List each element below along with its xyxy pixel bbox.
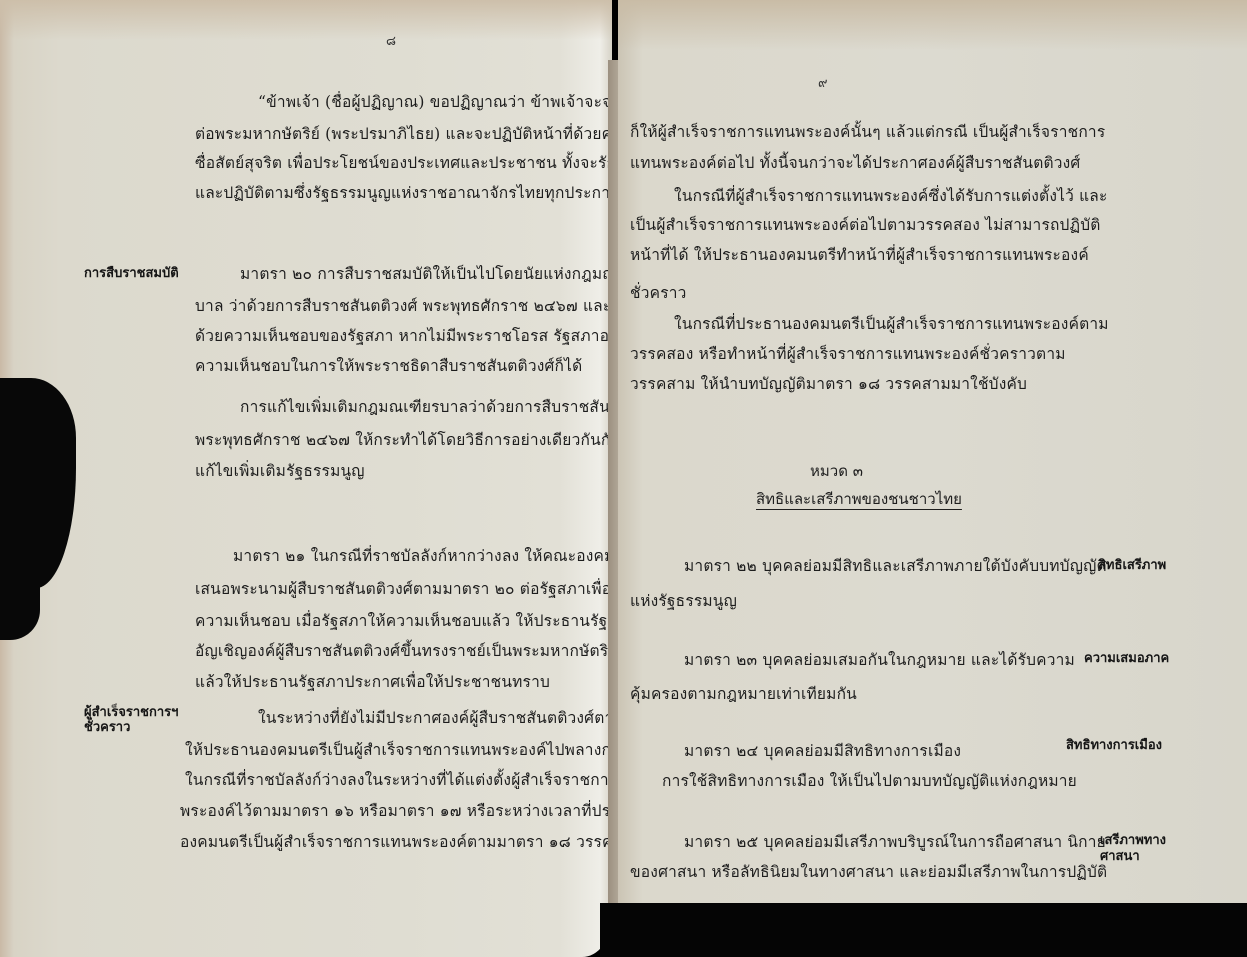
section-line: องคมนตรีเป็นผู้สำเร็จราชการแทนพระองค์ตาม… — [180, 832, 641, 852]
section-line: มาตรา ๒๒ บุคคลย่อมมีสิทธิและเสรีภาพภายใต… — [684, 556, 1107, 576]
section-line: เสนอพระนามผู้สืบราชสันตติวงศ์ตามมาตรา ๒๐… — [195, 579, 632, 599]
section-line: วรรคสอง หรือทำหน้าที่ผู้สำเร็จราชการแทนพ… — [630, 344, 1066, 364]
margin-note-religion: ศาสนา — [1100, 849, 1140, 865]
section-line: ในกรณีที่ผู้สำเร็จราชการแทนพระองค์ซึ่งได… — [674, 186, 1108, 206]
section-line: เป็นผู้สำเร็จราชการแทนพระองค์ต่อไปตามวรร… — [630, 215, 1101, 235]
section-line: มาตรา ๒๑ ในกรณีที่ราชบัลลังก์หากว่างลง ใ… — [233, 546, 644, 566]
oath-line: และปฏิบัติตามซึ่งรัฐธรรมนูญแห่งราชอาณาจั… — [195, 183, 627, 203]
margin-note-rights: สิทธิเสรีภาพ — [1098, 558, 1166, 574]
oath-line: ต่อพระมหากษัตริย์ (พระปรมาภิไธย) และจะปฏ… — [195, 124, 640, 144]
section-line: หน้าที่ได้ ให้ประธานองคมนตรีทำหน้าที่ผู้… — [630, 245, 1089, 265]
section-line: ก็ให้ผู้สำเร็จราชการแทนพระองค์นั้นๆ แล้ว… — [630, 122, 1105, 142]
section-line: พระองค์ไว้ตามมาตรา ๑๖ หรือมาตรา ๑๗ หรือร… — [180, 801, 648, 821]
left-page: ๘ “ข้าพเจ้า (ชื่อผู้ปฏิญาณ) ขอปฏิญาณว่า … — [0, 0, 612, 957]
margin-note-religious-freedom: เสรีภาพทาง — [1100, 833, 1166, 849]
section-line: ด้วยความเห็นชอบของรัฐสภา หากไม่มีพระราชโ… — [195, 326, 646, 346]
margin-note-equality: ความเสมอภาค — [1084, 651, 1169, 667]
page-number-left: ๘ — [386, 30, 396, 51]
section-line: พระพุทธศักราช ๒๔๖๗ ให้กระทำได้โดยวิธีการ… — [195, 430, 648, 450]
section-line: อัญเชิญองค์ผู้สืบราชสันตติวงศ์ขึ้นทรงราช… — [195, 641, 655, 661]
page-number-right: ๙ — [818, 72, 828, 93]
section-line: แห่งรัฐธรรมนูญ — [630, 591, 737, 611]
chapter-number: หมวด ๓ — [810, 459, 863, 483]
section-line: มาตรา ๒๓ บุคคลย่อมเสมอกันในกฎหมาย และได้… — [684, 650, 1075, 670]
section-line: มาตรา ๒๔ บุคคลย่อมมีสิทธิทางการเมือง — [684, 741, 961, 761]
margin-note-regent: ผู้สำเร็จราชการฯ — [84, 705, 178, 721]
section-line: วรรคสาม ให้นำบทบัญญัติมาตรา ๑๘ วรรคสามมา… — [630, 374, 1027, 394]
oath-line: “ข้าพเจ้า (ชื่อผู้ปฏิญาณ) ขอปฏิญาณว่า ข้… — [258, 92, 668, 112]
section-line: ความเห็นชอบ เมื่อรัฐสภาให้ความเห็นชอบแล้… — [195, 611, 636, 631]
ink-blot-lower — [0, 500, 40, 640]
section-line: ในกรณีที่ราชบัลลังก์ว่างลงในระหว่างที่ได… — [185, 770, 649, 790]
section-line: แล้วให้ประธานรัฐสภาประกาศเพื่อให้ประชาชน… — [195, 672, 550, 692]
section-line: คุ้มครองตามกฎหมายเท่าเทียมกัน — [630, 684, 857, 704]
section-line: ให้ประธานองคมนตรีเป็นผู้สำเร็จราชการแทนพ… — [185, 740, 657, 760]
section-line: บาล ว่าด้วยการสืบราชสันตติวงศ์ พระพุทธศั… — [195, 296, 668, 316]
section-line: มาตรา ๒๕ บุคคลย่อมมีเสรีภาพบริบูรณ์ในการ… — [684, 832, 1106, 852]
margin-note-regent-temp: ชั่วคราว — [84, 720, 130, 736]
section-line: มาตรา ๒๐ การสืบราชสมบัติให้เป็นไปโดยนัยแ… — [240, 264, 653, 284]
oath-line: ซื่อสัตย์สุจริต เพื่อประโยชน์ของประเทศแล… — [195, 153, 652, 173]
section-line: แทนพระองค์ต่อไป ทั้งนี้จนกว่าจะได้ประกาศ… — [630, 153, 1080, 173]
margin-note-political-rights: สิทธิทางการเมือง — [1066, 738, 1162, 754]
section-line: ชั่วคราว — [630, 283, 687, 303]
section-line: การใช้สิทธิทางการเมือง ให้เป็นไปตามบทบัญ… — [662, 771, 1077, 791]
section-line: ความเห็นชอบในการให้พระราชธิดาสืบราชสันตต… — [195, 356, 582, 376]
section-line: ของศาสนา หรือลัทธินิยมในทางศาสนา และย่อม… — [630, 862, 1107, 882]
section-line: แก้ไขเพิ่มเติมรัฐธรรมนูญ — [195, 461, 365, 481]
section-line: การแก้ไขเพิ่มเติมกฎมณเฑียรบาลว่าด้วยการส… — [240, 397, 657, 417]
chapter-title: สิทธิและเสรีภาพของชนชาวไทย — [756, 487, 962, 511]
section-line: ในกรณีที่ประธานองคมนตรีเป็นผู้สำเร็จราชก… — [674, 314, 1109, 334]
background-shadow — [600, 903, 1247, 957]
margin-note-succession: การสืบราชสมบัติ — [84, 266, 179, 282]
right-page: ๙ ก็ให้ผู้สำเร็จราชการแทนพระองค์นั้นๆ แล… — [618, 0, 1247, 905]
